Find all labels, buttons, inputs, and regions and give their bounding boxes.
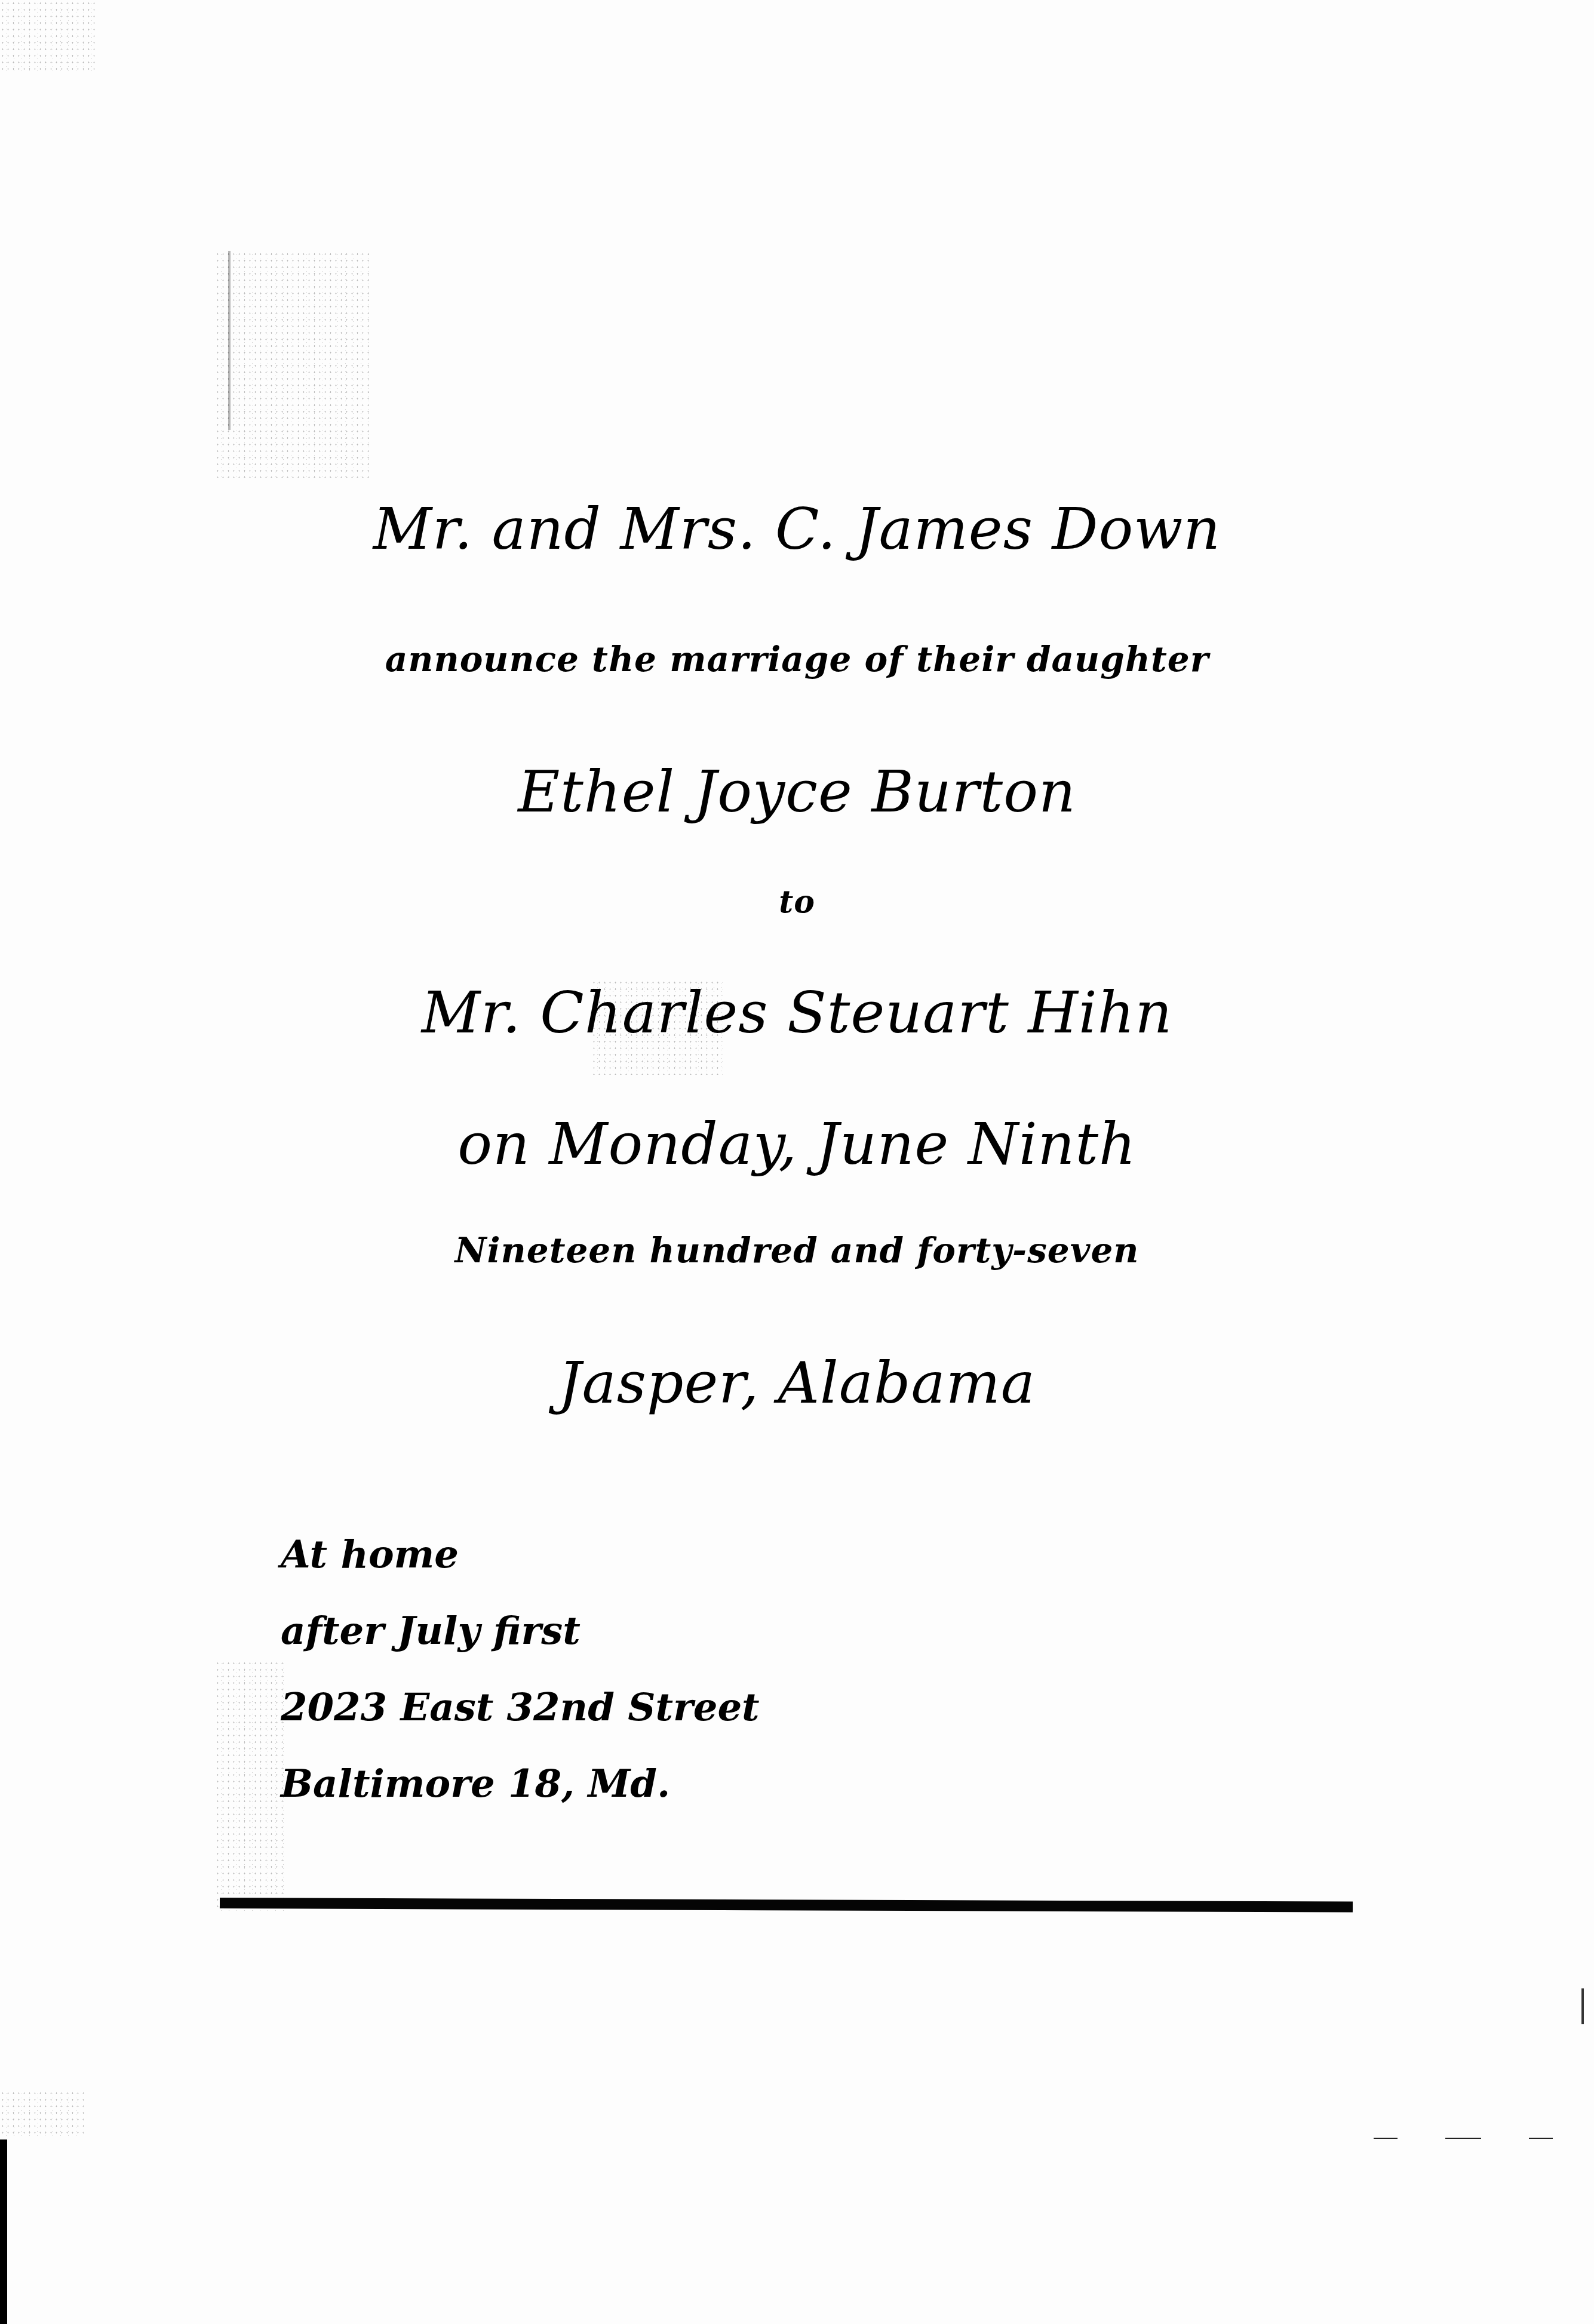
at-home-line: At home <box>281 1517 760 1593</box>
scan-noise-left-margin <box>215 251 370 478</box>
horizontal-rule <box>220 1898 1353 1913</box>
year-line: Nineteen hundred and forty-seven <box>0 1230 1594 1271</box>
scan-noise-top-left <box>0 0 96 72</box>
scan-mark-left <box>228 251 231 430</box>
bride-name: Ethel Joyce Burton <box>0 758 1594 825</box>
announcement-line: announce the marriage of their daughter <box>0 639 1594 680</box>
at-home-street: 2023 East 32nd Street <box>281 1670 760 1746</box>
scan-edge-bar <box>0 2139 7 2324</box>
at-home-city: Baltimore 18, Md. <box>281 1746 760 1822</box>
conjunction-to: to <box>0 884 1594 920</box>
hosts-line: Mr. and Mrs. C. James Down <box>0 496 1594 562</box>
scan-noise-bottom-left <box>0 2090 84 2138</box>
scanned-page: Mr. and Mrs. C. James Down announce the … <box>0 0 1594 2324</box>
at-home-block: At home after July first 2023 East 32nd … <box>281 1517 760 1822</box>
location-line: Jasper, Alabama <box>0 1349 1594 1416</box>
at-home-date: after July first <box>281 1593 760 1670</box>
date-line: on Monday, June Ninth <box>0 1111 1594 1178</box>
groom-name: Mr. Charles Steuart Hihn <box>0 979 1594 1046</box>
scan-noise-lower-left <box>215 1660 287 1911</box>
scan-edge-dash <box>1445 2138 1481 2139</box>
scan-edge-dash <box>1374 2138 1398 2139</box>
scan-mark-right <box>1581 1988 1584 2024</box>
scan-edge-dash <box>1529 2138 1553 2139</box>
